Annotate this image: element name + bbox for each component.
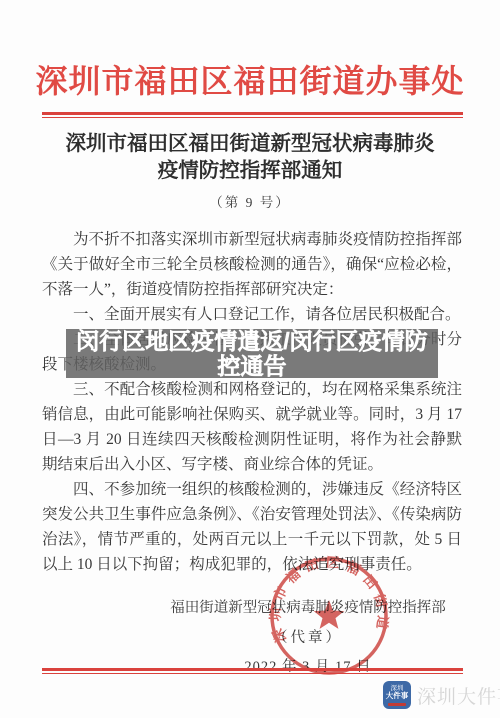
issuing-office-title: 深圳市福田区福田街道办事处 xyxy=(0,56,500,102)
notice-paragraph-4: 三、不配合核酸检测和网格登记的，均在网格采集系统注销信息，由此可能影响社保购买、… xyxy=(42,377,462,477)
logo-red-bar xyxy=(388,703,406,706)
notice-title-line2: 疫情防控指挥部通知 xyxy=(0,158,500,185)
divider-thick-line xyxy=(42,112,463,115)
caption-overlay-banner: 闵行区地区疫情遣返/闵行区疫情防控通告 xyxy=(66,329,438,378)
signature-seal-note: （代章） xyxy=(158,626,458,647)
divider-thin-line xyxy=(42,673,463,674)
notice-title-line1: 深圳市福田区福田街道新型冠状病毒肺炎 xyxy=(0,131,500,158)
watermark-label: 深圳大件事 xyxy=(417,682,500,709)
divider-thin-line xyxy=(42,117,463,118)
notice-paragraph-2: 一、全面开展实有人口登记工作，请各位居民积极配合。 xyxy=(42,302,462,327)
signature-block: 福田街道新型冠状病毒肺炎疫情防控指挥部 （代章） 2022 年 3 月 17 日 xyxy=(158,596,458,676)
notice-body: 为不折不扣落实深圳市新型冠状病毒肺炎疫情防控指挥部《关于做好全市三轮全员核酸检测… xyxy=(42,227,462,577)
notice-paragraph-5: 四、不参加统一组织的核酸检测的，涉嫌违反《经济特区突发公共卫生事件应急条例》、《… xyxy=(42,477,462,577)
news-app-logo-icon: 深圳 大件事 xyxy=(383,681,411,709)
signature-authority: 福田街道新型冠状病毒肺炎疫情防控指挥部 xyxy=(158,596,458,617)
logo-text-bottom: 大件事 xyxy=(386,692,409,700)
scanned-notice-page: 深圳市福田区福田街道办事处 深圳市福田区福田街道新型冠状病毒肺炎 疫情防控指挥部… xyxy=(0,0,500,718)
notice-number: （第 9 号） xyxy=(0,191,500,211)
footer-divider-rule xyxy=(42,668,463,674)
news-watermark: 深圳 大件事 深圳大件事 xyxy=(383,681,500,709)
divider-thick-line xyxy=(42,668,463,671)
notice-title: 深圳市福田区福田街道新型冠状病毒肺炎 疫情防控指挥部通知 xyxy=(0,131,500,185)
notice-paragraph-1: 为不折不扣落实深圳市新型冠状病毒肺炎疫情防控指挥部《关于做好全市三轮全员核酸检测… xyxy=(42,227,462,302)
header-divider-rule xyxy=(42,112,463,118)
